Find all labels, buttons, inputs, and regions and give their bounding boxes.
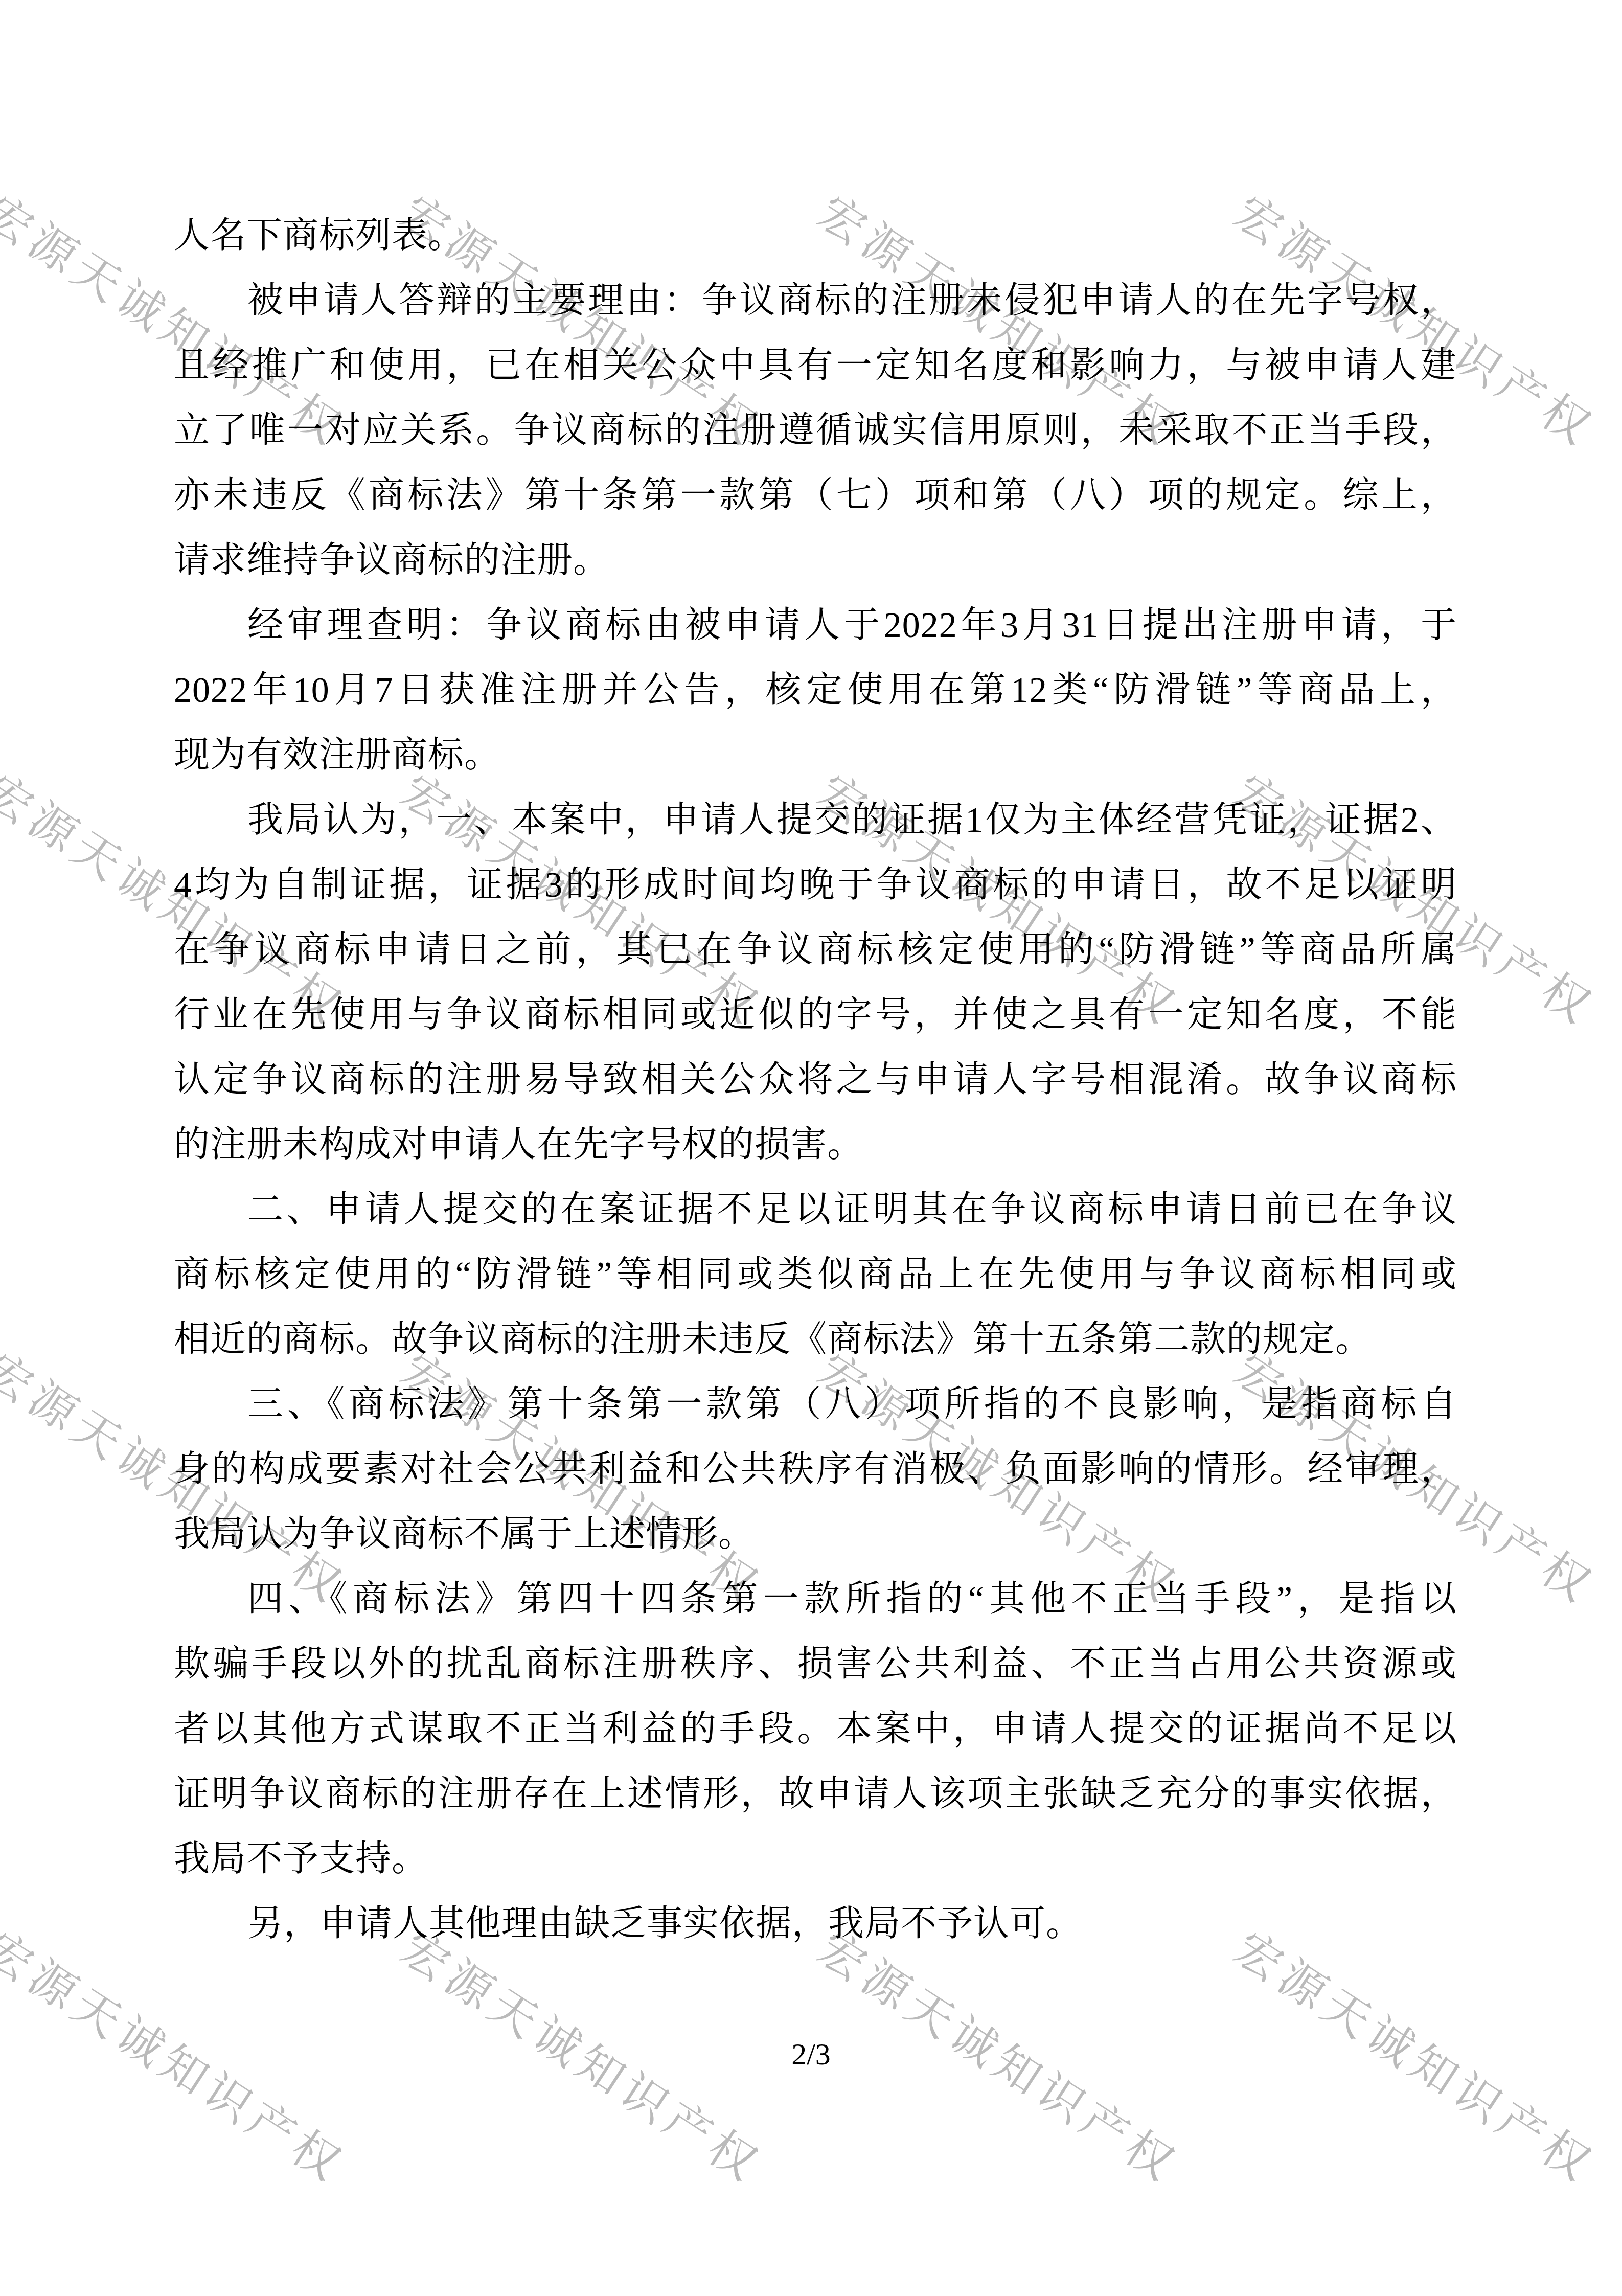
text-line: 四、《商标法》第四十四条第一款所指的“其他不正当手段”，是指以 (174, 1567, 1457, 1632)
text-line: 证明争议商标的注册存在上述情形，故申请人该项主张缺乏充分的事实依据， (174, 1762, 1457, 1827)
text-line: 三、《商标法》第十条第一款第（八）项所指的不良影响，是指商标自 (174, 1372, 1457, 1437)
text-line: 我局认为争议商标不属于上述情形。 (174, 1502, 1457, 1567)
text-line: 的注册未构成对申请人在先字号权的损害。 (174, 1112, 1457, 1177)
text-line: 身的构成要素对社会公共利益和公共秩序有消极、负面影响的情形。经审理， (174, 1437, 1457, 1502)
text-line: 经审理查明：争议商标由被申请人于2022年3月31日提出注册申请，于 (174, 593, 1457, 658)
text-line: 4均为自制证据，证据3的形成时间均晚于争议商标的申请日，故不足以证明 (174, 853, 1457, 918)
document-body: 人名下商标列表。被申请人答辩的主要理由：争议商标的注册未侵犯申请人的在先字号权，… (174, 203, 1457, 1957)
text-line: 在争议商标申请日之前，其已在争议商标核定使用的“防滑链”等商品所属 (174, 918, 1457, 983)
text-line: 现为有效注册商标。 (174, 723, 1457, 788)
text-line: 欺骗手段以外的扰乱商标注册秩序、损害公共利益、不正当占用公共资源或 (174, 1632, 1457, 1697)
text-line: 商标核定使用的“防滑链”等相同或类似商品上在先使用与争议商标相同或 (174, 1242, 1457, 1307)
text-line: 2022年10月7日获准注册并公告，核定使用在第12类“防滑链”等商品上， (174, 658, 1457, 723)
text-line: 且经推广和使用，已在相关公众中具有一定知名度和影响力，与被申请人建 (174, 333, 1457, 398)
text-line: 行业在先使用与争议商标相同或近似的字号，并使之具有一定知名度，不能 (174, 983, 1457, 1048)
text-line: 认定争议商标的注册易导致相关公众将之与申请人字号相混淆。故争议商标 (174, 1048, 1457, 1112)
text-line: 人名下商标列表。 (174, 203, 1457, 268)
document-page: 宏源天诚知识产权宏源天诚知识产权宏源天诚知识产权宏源天诚知识产权宏源天诚知识产权… (0, 0, 1622, 2296)
text-line: 另，申请人其他理由缺乏事实依据，我局不予认可。 (174, 1892, 1457, 1957)
text-line: 亦未违反《商标法》第十条第一款第（七）项和第（八）项的规定。综上， (174, 463, 1457, 528)
text-line: 相近的商标。故争议商标的注册未违反《商标法》第十五条第二款的规定。 (174, 1307, 1457, 1372)
text-line: 我局认为，一、本案中，申请人提交的证据1仅为主体经营凭证，证据2、 (174, 788, 1457, 853)
text-line: 被申请人答辩的主要理由：争议商标的注册未侵犯申请人的在先字号权， (174, 268, 1457, 333)
page-number: 2/3 (0, 2029, 1622, 2080)
text-line: 请求维持争议商标的注册。 (174, 528, 1457, 593)
text-line: 者以其他方式谋取不正当利益的手段。本案中，申请人提交的证据尚不足以 (174, 1697, 1457, 1762)
text-line: 立了唯一对应关系。争议商标的注册遵循诚实信用原则，未采取不正当手段， (174, 398, 1457, 463)
text-line: 二、申请人提交的在案证据不足以证明其在争议商标申请日前已在争议 (174, 1177, 1457, 1242)
text-line: 我局不予支持。 (174, 1827, 1457, 1892)
